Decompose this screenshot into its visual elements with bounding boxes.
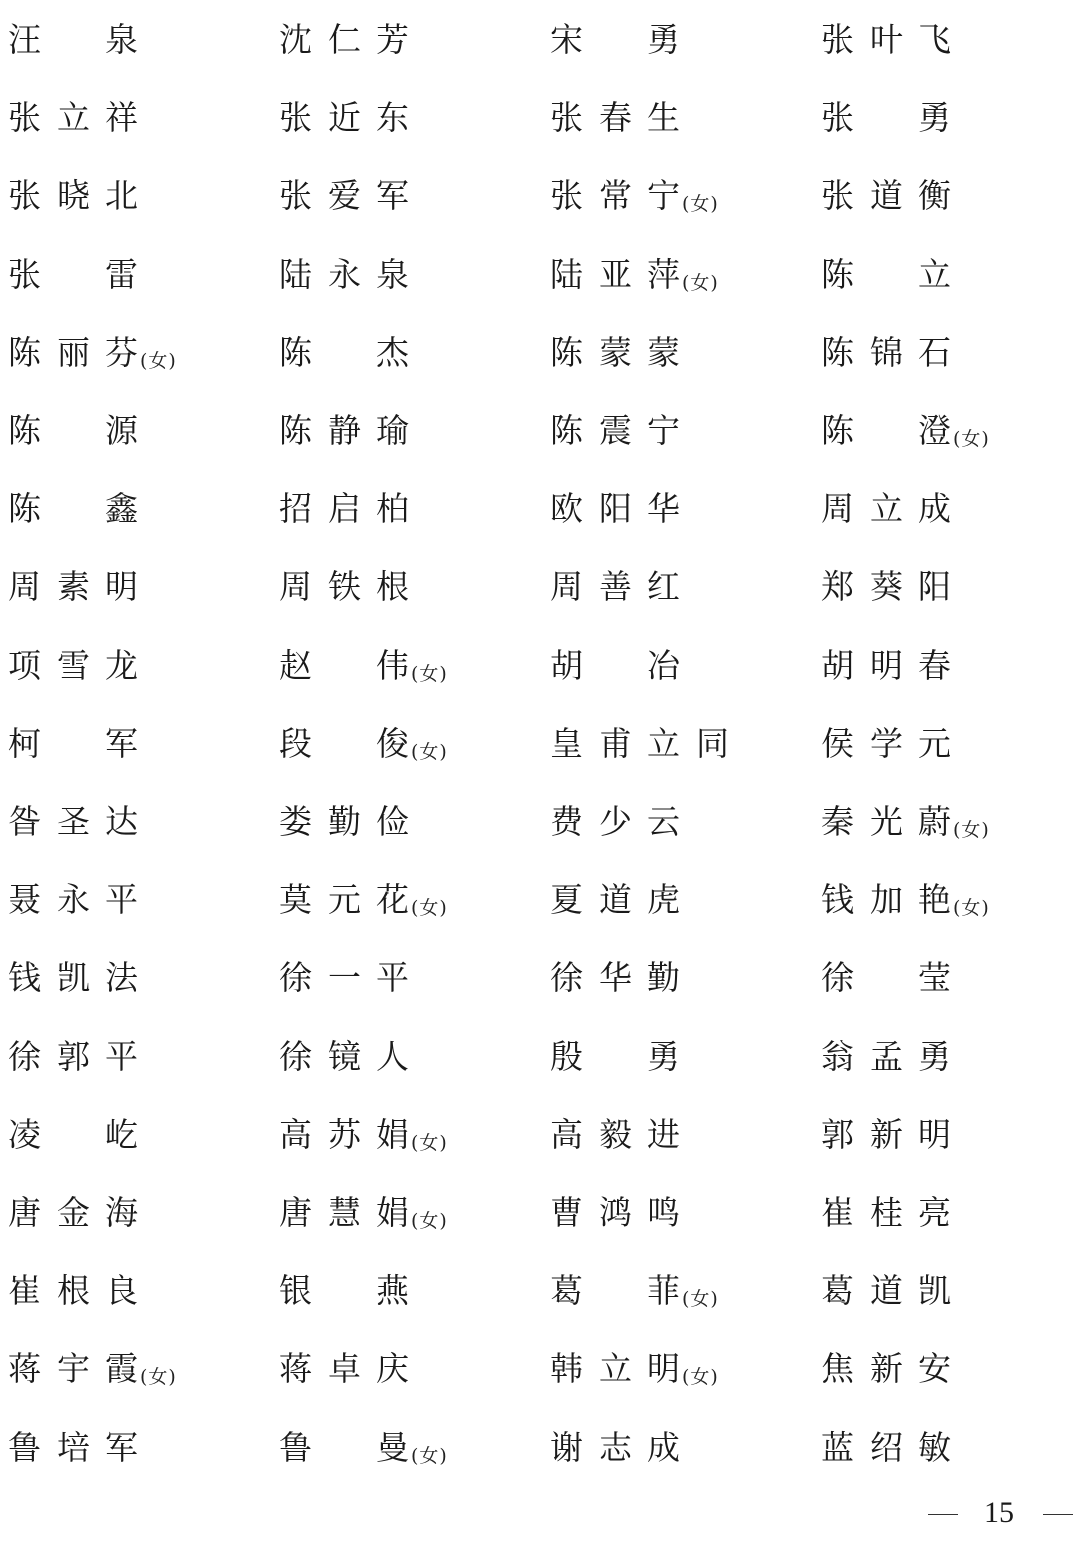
name-char: 郭 [821,1111,869,1159]
name-char: 卓 [328,1345,376,1393]
name-char: 铁 [328,563,376,611]
name-char: 光 [870,798,918,846]
name-char: 陈 [279,407,327,455]
name-char: 人 [376,1033,424,1081]
name-char: 蒋 [279,1345,327,1393]
name-entry: 韩立明(女) [550,1345,820,1393]
name-char: 永 [328,251,376,299]
name-entry: 汪泉 [8,16,278,64]
name-char: 丽 [57,329,105,377]
name-entry: 徐莹 [821,954,1080,1002]
name-char: 孟 [870,1033,918,1081]
name-char: 瑜 [376,407,424,455]
name-char: 崔 [821,1189,869,1237]
name-char: 张 [821,16,869,64]
name-char: 胡 [821,642,869,690]
name-char: 陈 [8,407,56,455]
name-char: 敏 [918,1424,966,1472]
footer-dash-left [928,1514,958,1515]
name-char: 雷 [105,251,153,299]
name-entry: 张常宁(女) [550,172,820,220]
name-entry: 银燕 [279,1267,549,1315]
name-char: 新 [870,1345,918,1393]
name-char: 一 [328,954,376,1002]
name-entry: 崔桂亮 [821,1189,1080,1237]
name-entry: 张春生 [550,94,820,142]
name-char: 源 [105,407,153,455]
name-entry: 唐慧娟(女) [279,1189,549,1237]
name-char: 平 [376,954,424,1002]
name-char: 翁 [821,1033,869,1081]
name-char: 根 [57,1267,105,1315]
name-char: 徐 [8,1033,56,1081]
name-entry: 张雷 [8,251,278,299]
name-entry: 翁孟勇 [821,1033,1080,1081]
name-entry: 招启柏 [279,485,549,533]
name-char: 曹 [550,1189,598,1237]
name-entry: 蒋卓庆 [279,1345,549,1393]
name-entry: 赵伟(女) [279,642,549,690]
name-char: 张 [550,94,598,142]
name-char: 葵 [870,563,918,611]
name-char: 高 [550,1111,598,1159]
name-char: 常 [599,172,647,220]
name-char: 周 [821,485,869,533]
female-marker: (女) [953,884,990,932]
name-entry: 项雪龙 [8,642,278,690]
name-char: 秦 [821,798,869,846]
name-char: 慧 [328,1189,376,1237]
name-char: 良 [105,1267,153,1315]
name-char: 静 [328,407,376,455]
name-entry: 陈震宁 [550,407,820,455]
name-char: 胡 [550,642,598,690]
name-char: 段 [279,720,327,768]
name-char: 殷 [550,1033,598,1081]
name-char: 达 [105,798,153,846]
name-char: 衡 [918,172,966,220]
female-marker: (女) [411,650,448,698]
name-char: 震 [599,407,647,455]
name-entry: 殷勇 [550,1033,820,1081]
name-char: 立 [599,1345,647,1393]
name-char: 平 [105,876,153,924]
name-char: 飞 [918,16,966,64]
name-entry: 昝圣达 [8,798,278,846]
name-char: 徐 [279,954,327,1002]
name-char: 昝 [8,798,56,846]
name-entry: 夏道虎 [550,876,820,924]
female-marker: (女) [682,1353,719,1401]
name-char: 蒋 [8,1345,56,1393]
name-char: 阳 [599,485,647,533]
name-char: 锦 [870,329,918,377]
name-char: 启 [328,485,376,533]
name-char: 张 [821,172,869,220]
name-char: 勤 [647,954,695,1002]
name-entry: 张立祥 [8,94,278,142]
name-entry: 张爱军 [279,172,549,220]
page-number: 15 [984,1493,1014,1533]
name-char: 莹 [918,954,966,1002]
name-entry: 葛菲(女) [550,1267,820,1315]
name-char: 谢 [550,1424,598,1472]
name-entry: 柯军 [8,720,278,768]
name-char: 勇 [918,94,966,142]
name-char: 圣 [57,798,105,846]
female-marker: (女) [140,1353,177,1401]
name-entry: 秦光蔚(女) [821,798,1080,846]
name-char: 平 [105,1033,153,1081]
name-char: 勇 [918,1033,966,1081]
name-entry: 陈杰 [279,329,549,377]
name-char: 立 [918,251,966,299]
name-char: 鸿 [599,1189,647,1237]
name-char: 安 [918,1345,966,1393]
name-char: 欧 [550,485,598,533]
name-entry: 胡明春 [821,642,1080,690]
name-char: 屹 [105,1111,153,1159]
name-char: 培 [57,1424,105,1472]
name-char: 周 [550,563,598,611]
name-entry: 张近东 [279,94,549,142]
name-char: 泉 [376,251,424,299]
name-char: 银 [279,1267,327,1315]
name-char: 钱 [821,876,869,924]
name-entry: 徐郭平 [8,1033,278,1081]
name-entry: 娄勤俭 [279,798,549,846]
name-entry: 欧阳华 [550,485,820,533]
female-marker: (女) [411,728,448,776]
name-char: 北 [105,172,153,220]
name-char: 徐 [550,954,598,1002]
name-char: 成 [647,1424,695,1472]
name-char: 柯 [8,720,56,768]
name-char: 祥 [105,94,153,142]
name-entry: 莫元花(女) [279,876,549,924]
name-entry: 郭新明 [821,1111,1080,1159]
name-char: 根 [376,563,424,611]
name-char: 杰 [376,329,424,377]
name-char: 张 [8,251,56,299]
name-char: 陈 [821,407,869,455]
name-entry: 徐华勤 [550,954,820,1002]
name-char: 同 [696,720,744,768]
name-char: 张 [821,94,869,142]
name-entry: 徐镜人 [279,1033,549,1081]
name-entry: 鲁曼(女) [279,1424,549,1472]
name-char: 周 [279,563,327,611]
name-char: 高 [279,1111,327,1159]
name-entry: 沈仁芳 [279,16,549,64]
name-char: 唐 [279,1189,327,1237]
name-char: 俭 [376,798,424,846]
name-char: 新 [870,1111,918,1159]
name-char: 生 [647,94,695,142]
name-char: 海 [105,1189,153,1237]
name-entry: 陈澄(女) [821,407,1080,455]
name-char: 永 [57,876,105,924]
name-char: 张 [279,172,327,220]
name-entry: 钱凯法 [8,954,278,1002]
name-char: 素 [57,563,105,611]
name-char: 石 [918,329,966,377]
name-char: 道 [870,172,918,220]
name-char: 明 [918,1111,966,1159]
name-char: 郭 [57,1033,105,1081]
name-char: 皇 [550,720,598,768]
name-char: 春 [918,642,966,690]
name-entry: 段俊(女) [279,720,549,768]
name-char: 立 [647,720,695,768]
name-char: 郑 [821,563,869,611]
name-char: 庆 [376,1345,424,1393]
name-char: 近 [328,94,376,142]
name-entry: 陆永泉 [279,251,549,299]
name-entry: 陈静瑜 [279,407,549,455]
name-char: 鸣 [647,1189,695,1237]
name-char: 崔 [8,1267,56,1315]
name-char: 赵 [279,642,327,690]
name-char: 春 [599,94,647,142]
name-char: 爱 [328,172,376,220]
name-char: 云 [647,798,695,846]
female-marker: (女) [953,806,990,854]
name-char: 进 [647,1111,695,1159]
name-char: 凯 [57,954,105,1002]
name-char: 葛 [550,1267,598,1315]
name-entry: 凌屹 [8,1111,278,1159]
female-marker: (女) [411,1119,448,1167]
name-char: 张 [279,94,327,142]
name-char: 鲁 [279,1424,327,1472]
name-char: 聂 [8,876,56,924]
name-char: 鑫 [105,485,153,533]
name-char: 仁 [328,16,376,64]
name-char: 善 [599,563,647,611]
name-char: 勇 [647,16,695,64]
name-entry: 皇甫立同 [550,720,820,768]
name-char: 晓 [57,172,105,220]
name-char: 东 [376,94,424,142]
name-char: 泉 [105,16,153,64]
name-entry: 陆亚萍(女) [550,251,820,299]
name-char: 立 [870,485,918,533]
name-char: 侯 [821,720,869,768]
name-char: 桂 [870,1189,918,1237]
name-entry: 周善红 [550,563,820,611]
name-char: 道 [599,876,647,924]
name-char: 甫 [599,720,647,768]
name-char: 柏 [376,485,424,533]
name-char: 宇 [57,1345,105,1393]
female-marker: (女) [953,415,990,463]
name-char: 道 [870,1267,918,1315]
name-char: 华 [647,485,695,533]
name-char: 焦 [821,1345,869,1393]
name-char: 立 [57,94,105,142]
name-char: 陈 [550,407,598,455]
name-char: 葛 [821,1267,869,1315]
name-char: 钱 [8,954,56,1002]
name-char: 元 [918,720,966,768]
name-char: 志 [599,1424,647,1472]
name-char: 徐 [821,954,869,1002]
name-entry: 徐一平 [279,954,549,1002]
name-char: 学 [870,720,918,768]
name-char: 镜 [328,1033,376,1081]
name-char: 莫 [279,876,327,924]
female-marker: (女) [682,1275,719,1323]
name-entry: 周铁根 [279,563,549,611]
name-char: 亚 [599,251,647,299]
name-char: 金 [57,1189,105,1237]
name-char: 韩 [550,1345,598,1393]
name-entry: 陈源 [8,407,278,455]
name-char: 陈 [550,329,598,377]
name-char: 张 [8,94,56,142]
name-char: 龙 [105,642,153,690]
name-char: 费 [550,798,598,846]
name-char: 陈 [8,329,56,377]
footer-dash-right [1043,1514,1073,1515]
name-char: 毅 [599,1111,647,1159]
name-char: 燕 [376,1267,424,1315]
name-char: 亮 [918,1189,966,1237]
name-entry: 唐金海 [8,1189,278,1237]
name-char: 陆 [279,251,327,299]
name-char: 勇 [647,1033,695,1081]
name-entry: 周立成 [821,485,1080,533]
name-char: 凌 [8,1111,56,1159]
female-marker: (女) [682,259,719,307]
female-marker: (女) [411,884,448,932]
name-char: 叶 [870,16,918,64]
name-entry: 陈立 [821,251,1080,299]
name-char: 陈 [279,329,327,377]
name-char: 陆 [550,251,598,299]
name-entry: 蓝绍敏 [821,1424,1080,1472]
name-entry: 张道衡 [821,172,1080,220]
name-char: 蒙 [647,329,695,377]
name-char: 元 [328,876,376,924]
name-char: 张 [8,172,56,220]
name-char: 张 [550,172,598,220]
name-char: 陈 [821,329,869,377]
name-char: 凯 [918,1267,966,1315]
name-char: 绍 [870,1424,918,1472]
name-char: 沈 [279,16,327,64]
name-entry: 钱加艳(女) [821,876,1080,924]
name-char: 红 [647,563,695,611]
name-char: 徐 [279,1033,327,1081]
name-entry: 周素明 [8,563,278,611]
name-char: 军 [105,1424,153,1472]
name-entry: 张晓北 [8,172,278,220]
name-char: 蒙 [599,329,647,377]
name-char: 唐 [8,1189,56,1237]
name-entry: 胡冶 [550,642,820,690]
name-entry: 高苏娟(女) [279,1111,549,1159]
name-char: 鲁 [8,1424,56,1472]
name-char: 华 [599,954,647,1002]
name-entry: 葛道凯 [821,1267,1080,1315]
name-char: 成 [918,485,966,533]
female-marker: (女) [411,1197,448,1245]
name-char: 陈 [821,251,869,299]
name-char: 陈 [8,485,56,533]
name-entry: 鲁培军 [8,1424,278,1472]
name-char: 勤 [328,798,376,846]
name-entry: 谢志成 [550,1424,820,1472]
name-char: 雪 [57,642,105,690]
name-entry: 陈鑫 [8,485,278,533]
name-entry: 郑葵阳 [821,563,1080,611]
name-char: 加 [870,876,918,924]
name-char: 法 [105,954,153,1002]
name-char: 阳 [918,563,966,611]
name-entry: 陈锦石 [821,329,1080,377]
name-char: 军 [105,720,153,768]
name-char: 苏 [328,1111,376,1159]
name-entry: 张勇 [821,94,1080,142]
name-char: 少 [599,798,647,846]
name-char: 项 [8,642,56,690]
female-marker: (女) [411,1432,448,1480]
name-entry: 焦新安 [821,1345,1080,1393]
female-marker: (女) [140,337,177,385]
name-list: 汪泉沈仁芳宋勇张叶飞张立祥张近东张春生张勇张晓北张爱军张常宁(女)张道衡张雷陆永… [0,0,1080,1490]
name-entry: 费少云 [550,798,820,846]
name-char: 虎 [647,876,695,924]
name-entry: 崔根良 [8,1267,278,1315]
name-char: 宋 [550,16,598,64]
name-char: 汪 [8,16,56,64]
page-footer: 15 [0,1490,1080,1540]
name-entry: 陈蒙蒙 [550,329,820,377]
name-char: 宁 [647,407,695,455]
name-char: 冶 [647,642,695,690]
name-entry: 曹鸿鸣 [550,1189,820,1237]
name-char: 蓝 [821,1424,869,1472]
name-entry: 张叶飞 [821,16,1080,64]
name-char: 夏 [550,876,598,924]
name-entry: 聂永平 [8,876,278,924]
female-marker: (女) [682,180,719,228]
name-entry: 侯学元 [821,720,1080,768]
name-char: 芳 [376,16,424,64]
name-entry: 陈丽芬(女) [8,329,278,377]
name-entry: 宋勇 [550,16,820,64]
name-char: 明 [870,642,918,690]
name-char: 娄 [279,798,327,846]
name-char: 军 [376,172,424,220]
name-entry: 蒋宇霞(女) [8,1345,278,1393]
name-char: 招 [279,485,327,533]
name-entry: 高毅进 [550,1111,820,1159]
name-char: 明 [105,563,153,611]
name-char: 周 [8,563,56,611]
